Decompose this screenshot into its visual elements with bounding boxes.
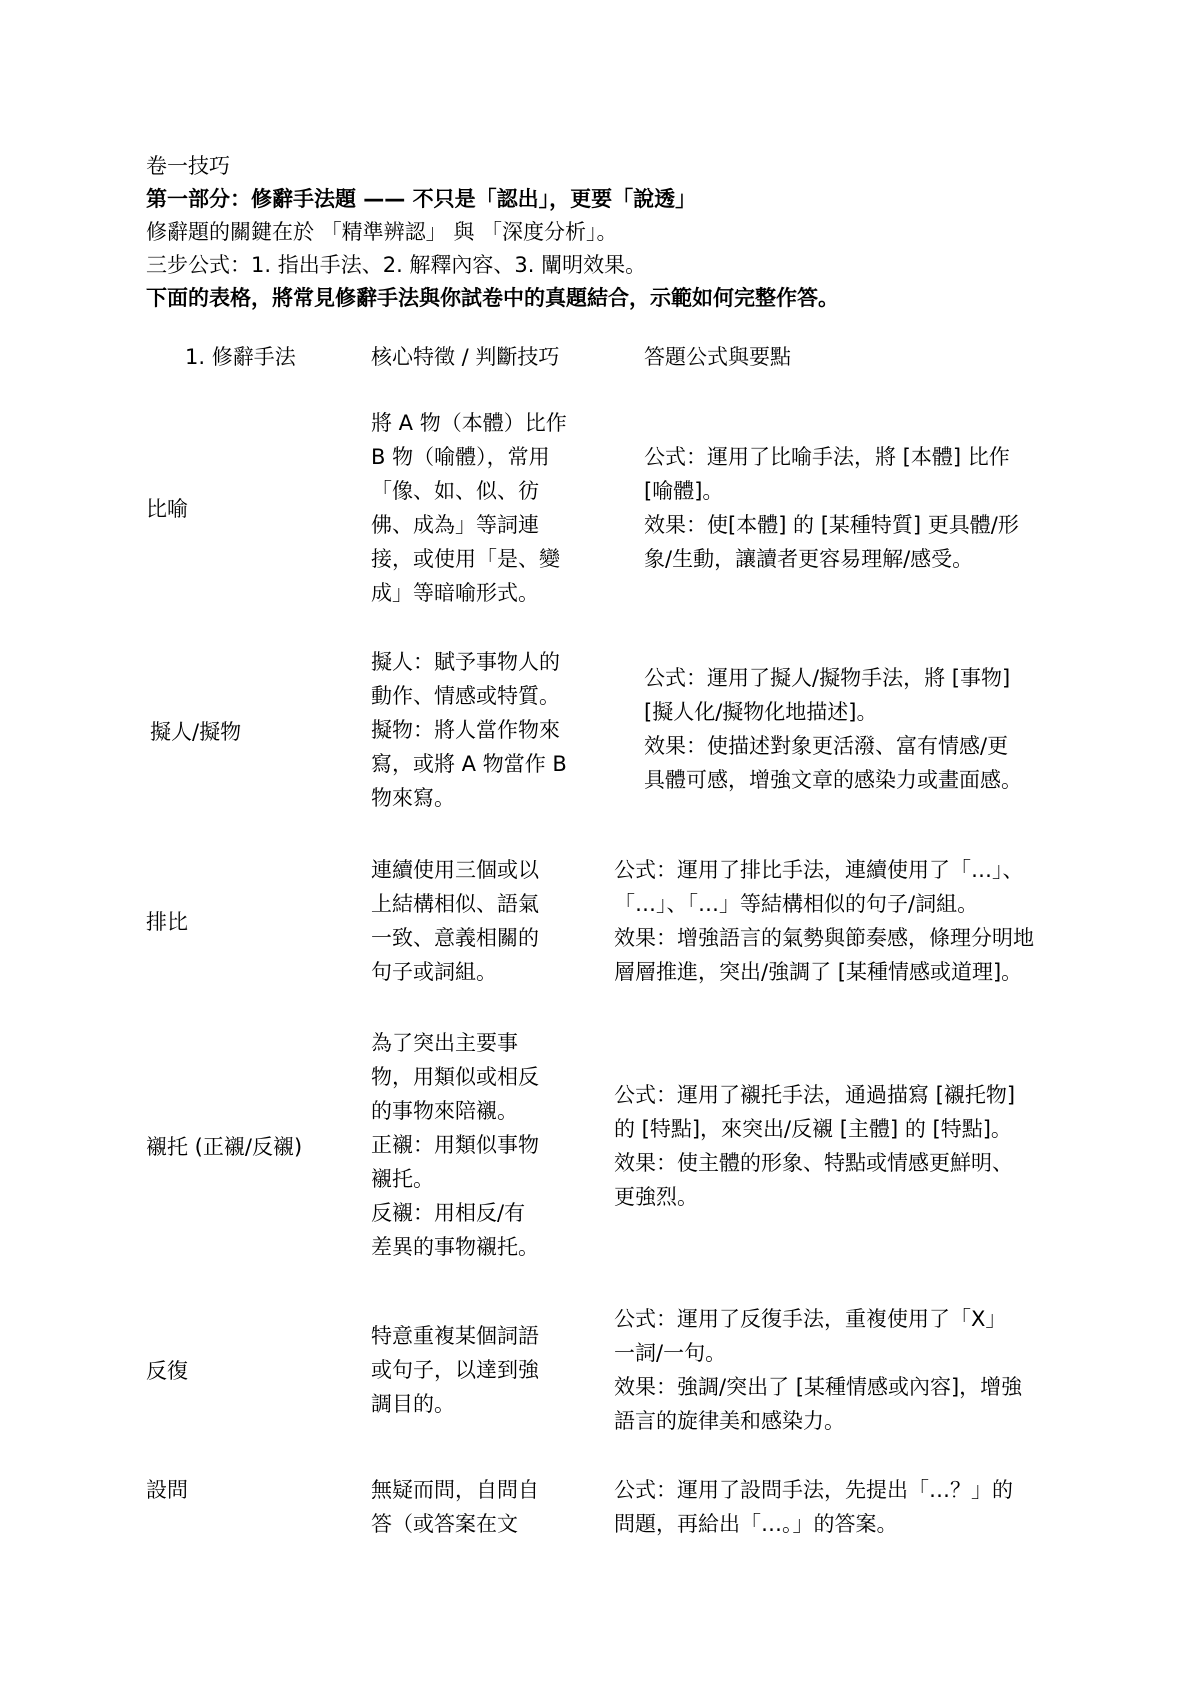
header-technique: 1. 修辭手法 bbox=[185, 340, 296, 374]
table-row: 比喻 將 A 物（本體）比作 B 物（喻體），常用 「像、如、似、彷 佛、成為」… bbox=[0, 406, 1200, 612]
technique-answer: 公式：運用了反復手法，重複使用了「X」 一詞/一句。 效果：強調/突出了 [某種… bbox=[614, 1302, 1114, 1438]
header-answer: 答題公式與要點 bbox=[644, 340, 791, 374]
intro-section: 卷一技巧 第一部分：修辭手法題 —— 不只是「認出」，更要「說透」 修辭題的關鍵… bbox=[146, 150, 1126, 315]
technique-feature: 連續使用三個或以 上結構相似、語氣 一致、意義相關的 句子或詞組。 bbox=[371, 853, 591, 989]
technique-answer: 公式：運用了比喻手法，將 [本體] 比作 [喻體]。 效果：使[本體] 的 [某… bbox=[644, 440, 1114, 576]
table-row: 設問 無疑而問，自問自 答（或答案在文 公式：運用了設問手法，先提出「…？」的 … bbox=[0, 1473, 1200, 1545]
technique-name: 反復 bbox=[146, 1354, 188, 1388]
document-page: 卷一技巧 第一部分：修辭手法題 —— 不只是「認出」，更要「說透」 修辭題的關鍵… bbox=[0, 0, 1200, 1696]
header-features: 核心特徵 / 判斷技巧 bbox=[371, 340, 559, 374]
section-label: 卷一技巧 bbox=[146, 150, 1126, 183]
table-row: 擬人/擬物 擬人：賦予事物人的 動作、情感或特質。 擬物：將人當作物來 寫，或將… bbox=[0, 645, 1200, 817]
technique-answer: 公式：運用了排比手法，連續使用了「…」、 「…」、「…」等結構相似的句子/詞組。… bbox=[614, 853, 1114, 989]
technique-feature: 擬人：賦予事物人的 動作、情感或特質。 擬物：將人當作物來 寫，或將 A 物當作… bbox=[371, 645, 591, 815]
formula-text: 三步公式：1. 指出手法、2. 解釋內容、3. 闡明效果。 bbox=[146, 249, 1126, 282]
table-header: 1. 修辭手法 核心特徵 / 判斷技巧 答題公式與要點 bbox=[0, 340, 1200, 374]
technique-answer: 公式：運用了襯托手法，通過描寫 [襯托物] 的 [特點]，來突出/反襯 [主體]… bbox=[614, 1078, 1114, 1214]
technique-answer: 公式：運用了設問手法，先提出「…？」的 問題，再給出「…。」的答案。 bbox=[614, 1473, 1114, 1541]
technique-name: 擬人/擬物 bbox=[150, 715, 241, 749]
technique-name: 排比 bbox=[146, 905, 188, 939]
table-row: 排比 連續使用三個或以 上結構相似、語氣 一致、意義相關的 句子或詞組。 公式：… bbox=[0, 853, 1200, 993]
table-row: 襯托 (正襯/反襯) 為了突出主要事 物，用類似或相反 的事物來陪襯。 正襯：用… bbox=[0, 1026, 1200, 1266]
part-heading: 第一部分：修辭手法題 —— 不只是「認出」，更要「說透」 bbox=[146, 183, 1126, 216]
technique-feature: 特意重複某個詞語 或句子，以達到強 調目的。 bbox=[371, 1319, 591, 1421]
table-row: 反復 特意重複某個詞語 或句子，以達到強 調目的。 公式：運用了反復手法，重複使… bbox=[0, 1302, 1200, 1442]
table-intro-text: 下面的表格，將常見修辭手法與你試卷中的真題結合，示範如何完整作答。 bbox=[146, 282, 1126, 315]
technique-feature: 無疑而問，自問自 答（或答案在文 bbox=[371, 1473, 591, 1541]
technique-name: 襯托 (正襯/反襯) bbox=[146, 1130, 302, 1164]
technique-name: 比喻 bbox=[146, 492, 188, 526]
technique-feature: 將 A 物（本體）比作 B 物（喻體），常用 「像、如、似、彷 佛、成為」等詞連… bbox=[371, 406, 591, 610]
technique-answer: 公式：運用了擬人/擬物手法，將 [事物] [擬人化/擬物化地描述]。 效果：使描… bbox=[644, 661, 1114, 797]
key-point-text: 修辭題的關鍵在於 「精準辨認」 與 「深度分析」。 bbox=[146, 216, 1126, 249]
technique-feature: 為了突出主要事 物，用類似或相反 的事物來陪襯。 正襯：用類似事物 襯托。 反襯… bbox=[371, 1026, 591, 1264]
technique-name: 設問 bbox=[146, 1473, 188, 1507]
